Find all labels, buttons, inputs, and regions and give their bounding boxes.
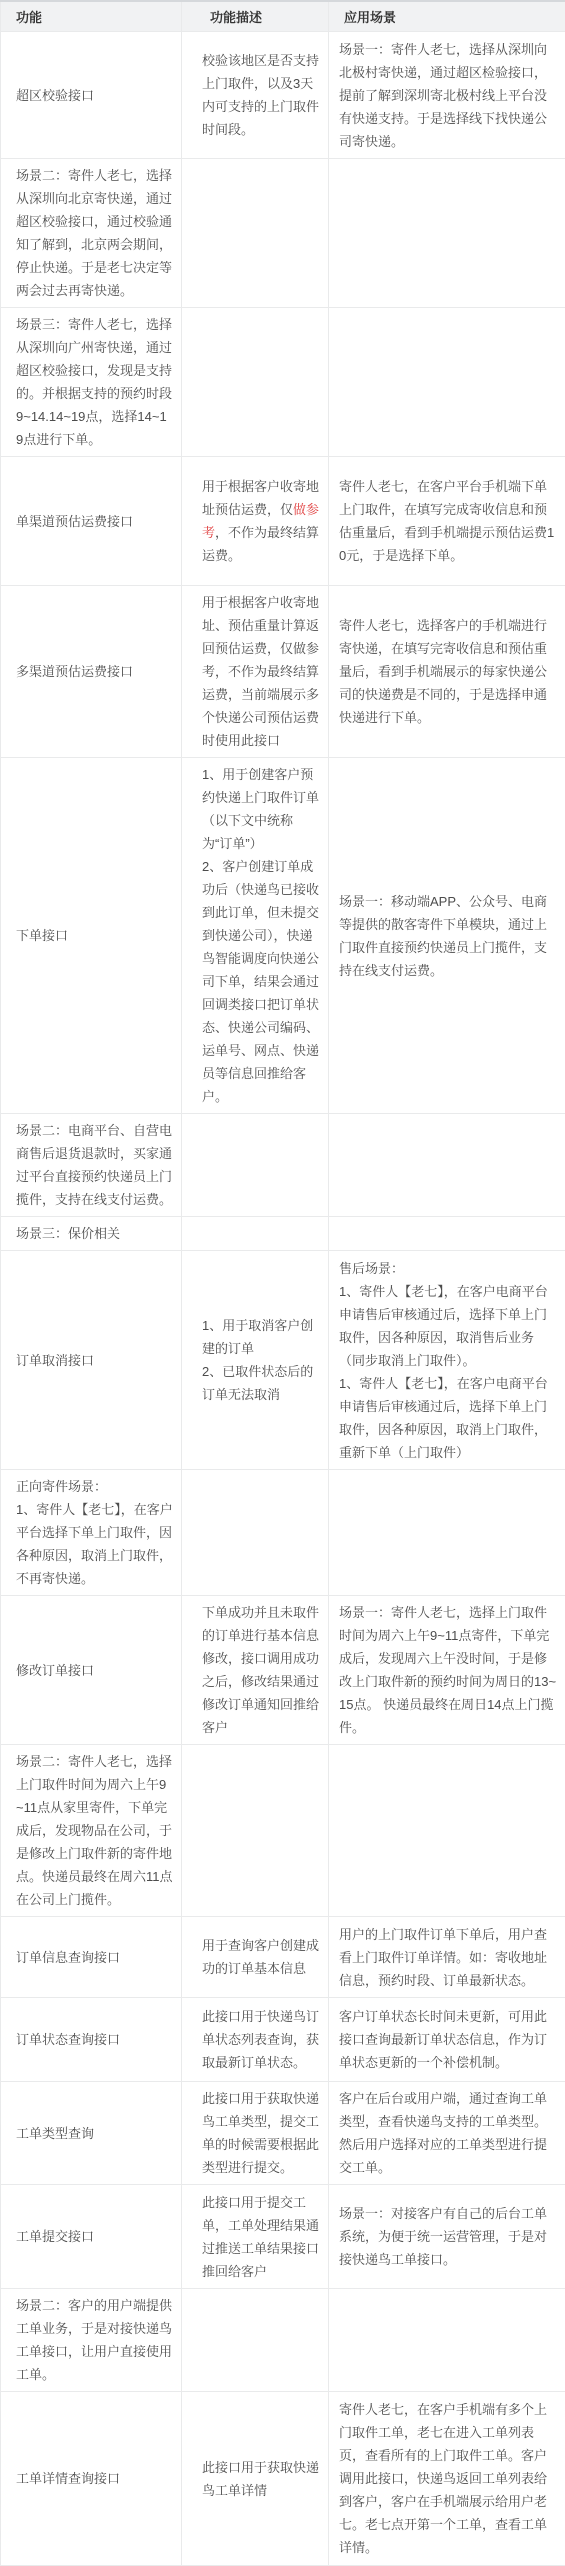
cell-paragraph: 下单成功并且未取件的订单进行基本信息修改，接口调用成功之后，修改结果通过修改订单…	[202, 1601, 320, 1739]
cell-text: 寄件人老七，在客户手机端有多个上门取件工单，老七在进入工单列表页，查看所有的上门…	[339, 2402, 547, 2555]
table-row: 场景二：寄件人老七，选择上门取件时间为周六上午9~11点从家里寄件，下单完成后，…	[1, 1745, 565, 1917]
table-row: 场景三：保价相关	[1, 1217, 565, 1251]
cell-paragraph: 用于根据客户收寄地址、预估重量计算返回预估运费，仅做参考，不作为最终结算运费，当…	[202, 591, 320, 752]
description-cell	[182, 1114, 329, 1217]
function-cell: 工单详情查询接口	[1, 2392, 182, 2566]
cell-text: 场景二：客户的用户端提供工单业务，于是对接快递鸟工单接口，让用户直接使用工单。	[16, 2298, 172, 2382]
cell-paragraph: 用于查询客户创建成功的订单基本信息	[202, 1934, 320, 1980]
cell-text: 寄件人老七，选择客户的手机端进行寄快递，在填写完寄收信息和预估重量后，看到手机端…	[339, 618, 547, 725]
cell-text: 多渠道预估运费接口	[16, 664, 133, 679]
cell-text: 修改订单接口	[16, 1663, 94, 1678]
table-row: 正向寄件场景：1、寄件人【老七】，在客户平台选择下单上门取件，因各种原因，取消上…	[1, 1470, 565, 1596]
cell-text: 用于查询客户创建成功的订单基本信息	[202, 1938, 319, 1976]
table-row: 修改订单接口下单成功并且未取件的订单进行基本信息修改，接口调用成功之后，修改结果…	[1, 1596, 565, 1745]
table-row: 场景二：电商平台、自营电商售后退货退款时，买家通过平台直接预约快递员上门揽件，支…	[1, 1114, 565, 1217]
function-cell: 修改订单接口	[1, 1596, 182, 1745]
cell-paragraph: 订单信息查询接口	[16, 1946, 173, 1969]
function-cell: 场景二：寄件人老七，选择从深圳向北京寄快递，通过超区校验接口，通过校验通知了解到…	[1, 159, 182, 308]
cell-paragraph: 修改订单接口	[16, 1659, 173, 1682]
scenario-cell: 售后场景：1、寄件人【老七】，在客户电商平台申请售后审核通过后，选择下单上门取件…	[329, 1251, 565, 1470]
description-cell: 此接口用于获取快递鸟工单详情	[182, 2392, 329, 2566]
cell-text: 场景二：电商平台、自营电商售后退货退款时，买家通过平台直接预约快递员上门揽件，支…	[16, 1123, 172, 1207]
cell-paragraph: 工单提交接口	[16, 2225, 173, 2248]
cell-paragraph: 场景二：寄件人老七，选择从深圳向北京寄快递，通过超区校验接口，通过校验通知了解到…	[16, 164, 173, 302]
scenario-cell: 客户订单状态长时间未更新，可用此接口查询最新订单状态信息，作为订单状态更新的一个…	[329, 1998, 565, 2082]
cell-paragraph: 场景一：移动端APP、公众号、电商等提供的散客寄件下单模块，通过上门取件直接预约…	[339, 890, 557, 982]
scenario-cell	[329, 2289, 565, 2392]
cell-text: 寄件人老七，在客户平台手机端下单上门取件，在填写完成寄收信息和预估重量后，看到手…	[339, 479, 554, 563]
cell-paragraph: 场景一：寄件人老七，选择从深圳向北极村寄快递，通过超区检验接口，提前了解到深圳寄…	[339, 38, 557, 153]
column-header-function: 功能	[1, 1, 182, 32]
cell-paragraph: 正向寄件场景：	[16, 1475, 173, 1498]
cell-text: 订单取消接口	[16, 1353, 94, 1368]
cell-paragraph: 超区校验接口	[16, 84, 173, 107]
cell-paragraph: 订单状态查询接口	[16, 2028, 173, 2051]
cell-text: 2、客户创建订单成功后（快递鸟已接收到此订单，但未提交到快递公司），快递鸟智能调…	[202, 859, 319, 1104]
cell-text: 场景二：寄件人老七，选择从深圳向北京寄快递，通过超区校验接口，通过校验通知了解到…	[16, 168, 172, 298]
description-cell: 此接口用于获取快递鸟工单类型，提交工单的时候需要根据此类型进行提交。	[182, 2082, 329, 2185]
cell-paragraph: 用户的上门取件订单下单后，用户查看上门取件订单详情。如：寄收地址信息，预约时段、…	[339, 1923, 557, 1992]
cell-paragraph: 此接口用于获取快递鸟工单类型，提交工单的时候需要根据此类型进行提交。	[202, 2087, 320, 2179]
cell-text: 场景一：对接客户有自己的后台工单系统，为便于统一运营管理，于是对接快递鸟工单接口…	[339, 2206, 547, 2267]
description-cell: 下单成功并且未取件的订单进行基本信息修改，接口调用成功之后，修改结果通过修改订单…	[182, 1596, 329, 1745]
cell-text: 场景三：寄件人老七，选择从深圳向广州寄快递，通过超区校验接口，发现是支持的。并根…	[16, 317, 172, 447]
cell-text: 下单成功并且未取件的订单进行基本信息修改，接口调用成功之后，修改结果通过修改订单…	[202, 1605, 319, 1735]
table-row: 场景二：客户的用户端提供工单业务，于是对接快递鸟工单接口，让用户直接使用工单。	[1, 2289, 565, 2392]
cell-text: 工单详情查询接口	[16, 2471, 120, 2486]
function-cell: 订单取消接口	[1, 1251, 182, 1470]
function-cell: 工单提交接口	[1, 2185, 182, 2289]
cell-text: 工单类型查询	[16, 2126, 94, 2141]
cell-paragraph: 2、已取件状态后的订单无法取消	[202, 1360, 320, 1406]
scenario-cell: 寄件人老七，在客户平台手机端下单上门取件，在填写完成寄收信息和预估重量后，看到手…	[329, 457, 565, 586]
cell-text: 此接口用于快递鸟订单状态列表查询，获取最新订单状态。	[202, 2009, 319, 2070]
function-cell: 订单状态查询接口	[1, 1998, 182, 2082]
cell-text: 此接口用于获取快递鸟工单类型，提交工单的时候需要根据此类型进行提交。	[202, 2091, 319, 2175]
description-cell: 用于根据客户收寄地址、预估重量计算返回预估运费，仅做参考，不作为最终结算运费，当…	[182, 586, 329, 758]
scenario-cell: 寄件人老七，选择客户的手机端进行寄快递，在填写完寄收信息和预估重量后，看到手机端…	[329, 586, 565, 758]
description-cell	[182, 159, 329, 308]
description-cell: 用于根据客户收寄地址预估运费，仅做参考，不作为最终结算运费。	[182, 457, 329, 586]
function-cell: 单渠道预估运费接口	[1, 457, 182, 586]
cell-paragraph: 1、寄件人【老七】，在客户平台选择下单上门取件，因各种原因，取消上门取件，不再寄…	[16, 1498, 173, 1590]
cell-paragraph: 场景一：对接客户有自己的后台工单系统，为便于统一运营管理，于是对接快递鸟工单接口…	[339, 2202, 557, 2271]
cell-paragraph: 寄件人老七，选择客户的手机端进行寄快递，在填写完寄收信息和预估重量后，看到手机端…	[339, 614, 557, 729]
table-row: 超区校验接口校验该地区是否支持上门取件，以及3天内可支持的上门取件时间段。场景一…	[1, 32, 565, 159]
cell-paragraph: 场景二：寄件人老七，选择上门取件时间为周六上午9~11点从家里寄件，下单完成后，…	[16, 1750, 173, 1911]
cell-text: 场景一：移动端APP、公众号、电商等提供的散客寄件下单模块，通过上门取件直接预约…	[339, 894, 547, 978]
cell-paragraph: 此接口用于提交工单，工单处理结果通过推送工单结果接口推回给客户	[202, 2191, 320, 2283]
cell-text: 用于根据客户收寄地址、预估重量计算返回预估运费，仅做参考，不作为最终结算运费，当…	[202, 595, 319, 748]
cell-text: 校验该地区是否支持上门取件，以及3天内可支持的上门取件时间段。	[202, 53, 319, 137]
cell-text: 1、用于创建客户预约快递上门取件订单（以下文中统称为“订单”）	[202, 767, 319, 851]
function-cell: 下单接口	[1, 758, 182, 1114]
table-row: 工单提交接口此接口用于提交工单，工单处理结果通过推送工单结果接口推回给客户场景一…	[1, 2185, 565, 2289]
cell-paragraph: 工单详情查询接口	[16, 2467, 173, 2490]
table-row: 工单详情查询接口此接口用于获取快递鸟工单详情寄件人老七，在客户手机端有多个上门取…	[1, 2392, 565, 2566]
scenario-cell: 客户在后台或用户端，通过查询工单类型，查看快递鸟支持的工单类型。然后用户选择对应…	[329, 2082, 565, 2185]
cell-text: 超区校验接口	[16, 88, 94, 103]
column-header-description: 功能描述	[182, 1, 329, 32]
scenario-cell: 寄件人老七，在客户手机端有多个上门取件工单，老七在进入工单列表页，查看所有的上门…	[329, 2392, 565, 2566]
cell-paragraph: 2、客户创建订单成功后（快递鸟已接收到此订单，但未提交到快递公司），快递鸟智能调…	[202, 855, 320, 1108]
scenario-cell: 用户的上门取件订单下单后，用户查看上门取件订单详情。如：寄收地址信息，预约时段、…	[329, 1917, 565, 1998]
cell-text: 用户的上门取件订单下单后，用户查看上门取件订单详情。如：寄收地址信息，预约时段、…	[339, 1927, 547, 1988]
cell-paragraph: 寄件人老七，在客户手机端有多个上门取件工单，老七在进入工单列表页，查看所有的上门…	[339, 2398, 557, 2559]
cell-paragraph: 订单取消接口	[16, 1349, 173, 1372]
cell-paragraph: 此接口用于获取快递鸟工单详情	[202, 2456, 320, 2502]
function-cell: 超区校验接口	[1, 32, 182, 159]
cell-text: 订单状态查询接口	[16, 2032, 120, 2047]
scenario-cell	[329, 1217, 565, 1251]
scenario-cell: 场景一：寄件人老七，选择从深圳向北极村寄快递，通过超区检验接口，提前了解到深圳寄…	[329, 32, 565, 159]
cell-paragraph: 场景三：寄件人老七，选择从深圳向广州寄快递，通过超区校验接口，发现是支持的。并根…	[16, 313, 173, 451]
cell-text: 工单提交接口	[16, 2229, 94, 2244]
description-cell	[182, 1470, 329, 1596]
cell-paragraph: 1、用于创建客户预约快递上门取件订单（以下文中统称为“订单”）	[202, 763, 320, 855]
function-cell: 场景二：客户的用户端提供工单业务，于是对接快递鸟工单接口，让用户直接使用工单。	[1, 2289, 182, 2392]
table-row: 工单类型查询此接口用于获取快递鸟工单类型，提交工单的时候需要根据此类型进行提交。…	[1, 2082, 565, 2185]
cell-paragraph: 售后场景：	[339, 1257, 557, 1280]
cell-paragraph: 寄件人老七，在客户平台手机端下单上门取件，在填写完成寄收信息和预估重量后，看到手…	[339, 475, 557, 567]
api-feature-table: 功能 功能描述 应用场景 超区校验接口校验该地区是否支持上门取件，以及3天内可支…	[0, 0, 565, 2566]
cell-paragraph: 场景一：寄件人老七，选择上门取件时间为周六上午9~11点寄件，下单完成后，发现周…	[339, 1601, 557, 1739]
cell-text: 客户订单状态长时间未更新，可用此接口查询最新订单状态信息，作为订单状态更新的一个…	[339, 2009, 547, 2070]
scenario-cell	[329, 1114, 565, 1217]
table-row: 场景三：寄件人老七，选择从深圳向广州寄快递，通过超区校验接口，发现是支持的。并根…	[1, 308, 565, 457]
cell-text: 售后场景：	[339, 1261, 404, 1276]
scenario-cell	[329, 308, 565, 457]
scenario-cell	[329, 1745, 565, 1917]
table-body: 超区校验接口校验该地区是否支持上门取件，以及3天内可支持的上门取件时间段。场景一…	[1, 32, 565, 2566]
description-cell	[182, 2289, 329, 2392]
scenario-cell	[329, 159, 565, 308]
cell-text: 客户在后台或用户端，通过查询工单类型，查看快递鸟支持的工单类型。然后用户选择对应…	[339, 2091, 547, 2175]
cell-text: 下单接口	[16, 928, 68, 943]
scenario-cell	[329, 1470, 565, 1596]
cell-text: 2、已取件状态后的订单无法取消	[202, 1364, 313, 1402]
description-cell: 1、用于创建客户预约快递上门取件订单（以下文中统称为“订单”）2、客户创建订单成…	[182, 758, 329, 1114]
description-cell: 用于查询客户创建成功的订单基本信息	[182, 1917, 329, 1998]
function-cell: 正向寄件场景：1、寄件人【老七】，在客户平台选择下单上门取件，因各种原因，取消上…	[1, 1470, 182, 1596]
description-cell: 此接口用于提交工单，工单处理结果通过推送工单结果接口推回给客户	[182, 2185, 329, 2289]
cell-text: ，不作为最终结算运费。	[202, 525, 319, 563]
cell-text: 此接口用于提交工单，工单处理结果通过推送工单结果接口推回给客户	[202, 2195, 319, 2279]
function-cell: 多渠道预估运费接口	[1, 586, 182, 758]
cell-paragraph: 下单接口	[16, 924, 173, 947]
cell-text: 场景一：寄件人老七，选择上门取件时间为周六上午9~11点寄件，下单完成后，发现周…	[339, 1605, 556, 1735]
cell-paragraph: 客户在后台或用户端，通过查询工单类型，查看快递鸟支持的工单类型。然后用户选择对应…	[339, 2087, 557, 2179]
table-row: 订单状态查询接口此接口用于快递鸟订单状态列表查询，获取最新订单状态。客户订单状态…	[1, 1998, 565, 2082]
cell-text: 1、寄件人【老七】，在客户电商平台申请售后审核通过后，选择下单上门取件，因各种原…	[339, 1376, 548, 1460]
cell-text: 单渠道预估运费接口	[16, 514, 133, 529]
description-cell	[182, 1745, 329, 1917]
cell-paragraph: 1、寄件人【老七】，在客户电商平台申请售后审核通过后，选择下单上门取件，因各种原…	[339, 1372, 557, 1464]
scenario-cell: 场景一：对接客户有自己的后台工单系统，为便于统一运营管理，于是对接快递鸟工单接口…	[329, 2185, 565, 2289]
table-header: 功能 功能描述 应用场景	[1, 1, 565, 32]
cell-text: 此接口用于获取快递鸟工单详情	[202, 2460, 319, 2498]
scenario-cell: 场景一：寄件人老七，选择上门取件时间为周六上午9~11点寄件，下单完成后，发现周…	[329, 1596, 565, 1745]
cell-paragraph: 1、用于取消客户创建的订单	[202, 1314, 320, 1360]
function-cell: 场景三：保价相关	[1, 1217, 182, 1251]
function-cell: 场景二：寄件人老七，选择上门取件时间为周六上午9~11点从家里寄件，下单完成后，…	[1, 1745, 182, 1917]
cell-paragraph: 用于根据客户收寄地址预估运费，仅做参考，不作为最终结算运费。	[202, 475, 320, 567]
table-row: 场景二：寄件人老七，选择从深圳向北京寄快递，通过超区校验接口，通过校验通知了解到…	[1, 159, 565, 308]
description-cell: 此接口用于快递鸟订单状态列表查询，获取最新订单状态。	[182, 1998, 329, 2082]
column-header-scenario: 应用场景	[329, 1, 565, 32]
cell-text: 1、寄件人【老七】，在客户电商平台申请售后审核通过后，选择下单上门取件，因各种原…	[339, 1284, 548, 1368]
cell-text: 正向寄件场景：	[16, 1479, 107, 1494]
cell-paragraph: 多渠道预估运费接口	[16, 660, 173, 683]
function-cell: 场景二：电商平台、自营电商售后退货退款时，买家通过平台直接预约快递员上门揽件，支…	[1, 1114, 182, 1217]
header-row: 功能 功能描述 应用场景	[1, 1, 565, 32]
cell-paragraph: 场景二：电商平台、自营电商售后退货退款时，买家通过平台直接预约快递员上门揽件，支…	[16, 1119, 173, 1211]
table-row: 下单接口1、用于创建客户预约快递上门取件订单（以下文中统称为“订单”）2、客户创…	[1, 758, 565, 1114]
function-cell: 场景三：寄件人老七，选择从深圳向广州寄快递，通过超区校验接口，发现是支持的。并根…	[1, 308, 182, 457]
cell-text: 1、寄件人【老七】，在客户平台选择下单上门取件，因各种原因，取消上门取件，不再寄…	[16, 1502, 173, 1586]
cell-paragraph: 场景二：客户的用户端提供工单业务，于是对接快递鸟工单接口，让用户直接使用工单。	[16, 2294, 173, 2386]
table-row: 订单信息查询接口用于查询客户创建成功的订单基本信息用户的上门取件订单下单后，用户…	[1, 1917, 565, 1998]
cell-paragraph: 校验该地区是否支持上门取件，以及3天内可支持的上门取件时间段。	[202, 49, 320, 141]
cell-text: 场景二：寄件人老七，选择上门取件时间为周六上午9~11点从家里寄件，下单完成后，…	[16, 1754, 173, 1907]
description-cell	[182, 1217, 329, 1251]
cell-paragraph: 客户订单状态长时间未更新，可用此接口查询最新订单状态信息，作为订单状态更新的一个…	[339, 2005, 557, 2074]
cell-paragraph: 工单类型查询	[16, 2122, 173, 2145]
function-cell: 订单信息查询接口	[1, 1917, 182, 1998]
table-row: 单渠道预估运费接口用于根据客户收寄地址预估运费，仅做参考，不作为最终结算运费。寄…	[1, 457, 565, 586]
cell-paragraph: 单渠道预估运费接口	[16, 510, 173, 533]
cell-text: 订单信息查询接口	[16, 1950, 120, 1965]
description-cell: 校验该地区是否支持上门取件，以及3天内可支持的上门取件时间段。	[182, 32, 329, 159]
cell-paragraph: 此接口用于快递鸟订单状态列表查询，获取最新订单状态。	[202, 2005, 320, 2074]
scenario-cell: 场景一：移动端APP、公众号、电商等提供的散客寄件下单模块，通过上门取件直接预约…	[329, 758, 565, 1114]
cell-text: 1、用于取消客户创建的订单	[202, 1318, 313, 1356]
cell-text: 场景一：寄件人老七，选择从深圳向北极村寄快递，通过超区检验接口，提前了解到深圳寄…	[339, 42, 547, 149]
cell-paragraph: 场景三：保价相关	[16, 1222, 173, 1245]
description-cell: 1、用于取消客户创建的订单2、已取件状态后的订单无法取消	[182, 1251, 329, 1470]
description-cell	[182, 308, 329, 457]
table-row: 多渠道预估运费接口用于根据客户收寄地址、预估重量计算返回预估运费，仅做参考，不作…	[1, 586, 565, 758]
cell-text: 场景三：保价相关	[16, 1226, 120, 1241]
function-cell: 工单类型查询	[1, 2082, 182, 2185]
cell-paragraph: 1、寄件人【老七】，在客户电商平台申请售后审核通过后，选择下单上门取件，因各种原…	[339, 1280, 557, 1372]
table-row: 订单取消接口1、用于取消客户创建的订单2、已取件状态后的订单无法取消售后场景：1…	[1, 1251, 565, 1470]
